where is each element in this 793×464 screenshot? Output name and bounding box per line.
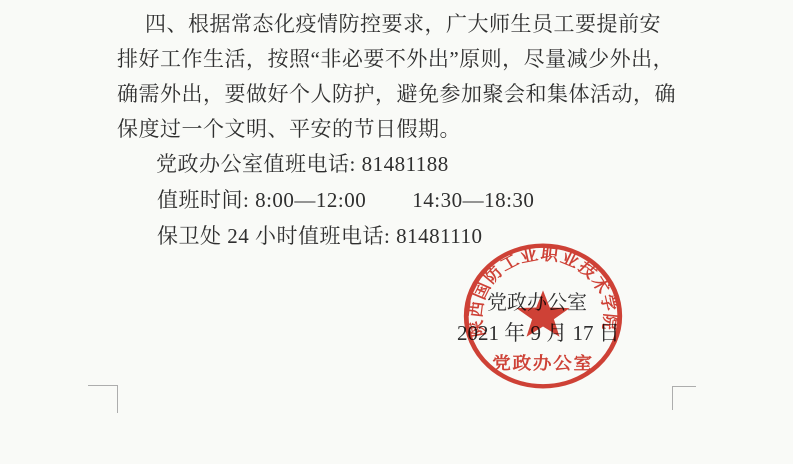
duty-time-line: 值班时间: 8:00—12:00 14:30—18:30 — [157, 188, 534, 212]
page-margin-mark-left — [88, 385, 118, 413]
security-phone-line: 保卫处 24 小时值班电话: 81481110 — [157, 224, 483, 248]
seal-star-icon — [516, 290, 569, 336]
page-margin-mark-right — [672, 386, 696, 410]
seal-graphic: 陕西国防工业职业技术学院 党政办公室 — [460, 240, 626, 392]
document-page: 四、根据常态化疫情防控要求，广大师生员工要提前安 排好工作生活，按照“非必要不外… — [0, 0, 793, 464]
paragraph-line-1: 四、根据常态化疫情防控要求，广大师生员工要提前安 — [145, 12, 661, 36]
duty-phone-line: 党政办公室值班电话: 81481188 — [156, 152, 449, 176]
paragraph-line-3: 确需外出，要做好个人防护，避免参加聚会和集体活动，确 — [117, 82, 676, 106]
official-seal: 陕西国防工业职业技术学院 党政办公室 — [460, 240, 626, 392]
seal-bottom-text: 党政办公室 — [492, 353, 594, 373]
paragraph-line-2: 排好工作生活，按照“非必要不外出”原则，尽量减少外出， — [117, 47, 674, 71]
paragraph-line-4: 保度过一个文明、平安的节日假期。 — [117, 117, 461, 141]
